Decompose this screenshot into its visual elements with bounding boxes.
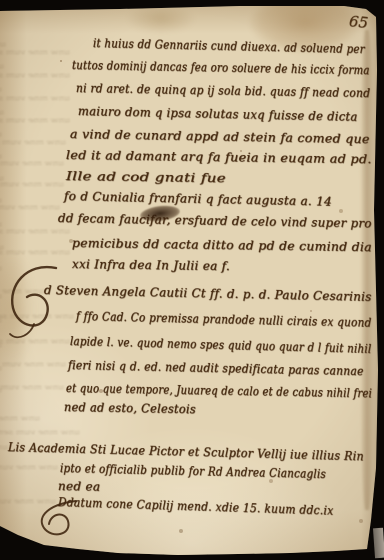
manuscript-line: f ffo Cad. Co premissa prandode nulli ci…	[76, 309, 372, 330]
manuscript-line: et quo que tempore, Juuareq de calo et d…	[66, 381, 372, 400]
bleedthrough-mark: unw mne vum senw uner mwi snue mnv uwe n…	[0, 131, 2, 139]
bleedthrough-mark: unw mne vum senw uner mwi snue mnv uwe n…	[0, 181, 64, 189]
manuscript-line: d Steven Angela Cautii Ct ff. d. p. d. P…	[44, 283, 372, 304]
bleedthrough-mark: unw mne vum senw uner mwi snue mnv uwe n…	[0, 342, 2, 350]
manuscript-line: tuttos dominij dancas fea oro soluere de…	[72, 58, 370, 77]
bleedthrough-mark: unw mne vum senw uner mwi snue mnv uwe n…	[0, 175, 4, 183]
bleedthrough-mark: unw mne vum senw uner mwi snue mnv uwe n…	[0, 361, 66, 369]
bleedthrough-mark: unw mne vum senw uner mwi snue mnv uwe n…	[0, 244, 4, 252]
bleedthrough-mark: unw mne vum senw uner mwi snue mnv uwe n…	[0, 313, 74, 321]
bleedthrough-mark: unw mne vum senw uner mwi snue mnv uwe n…	[0, 317, 2, 325]
manuscript-line: Ille ad cod gnati fue	[66, 169, 226, 185]
bleedthrough-mark: unw mne vum senw uner mwi snue mnv uwe n…	[0, 228, 70, 236]
bleedthrough-mark: unw mne vum senw uner mwi snue mnv uwe n…	[0, 86, 2, 94]
manuscript-page: unw mne vum senw uner mwi snue mnv uwe n…	[0, 0, 384, 560]
manuscript-line: dd fecam faucifar, ersfuard de celo vind…	[58, 211, 372, 230]
manuscript-line: ned ea	[58, 479, 101, 494]
manuscript-line: led it ad damant arq fa fueia in euqam a…	[66, 148, 372, 166]
bleedthrough-mark: unw mne vum senw uner mwi snue mnv uwe n…	[0, 63, 4, 71]
manuscript-line: ned ad esto, Celestois	[64, 400, 196, 416]
bleedthrough-mark: unw mne vum senw uner mwi snue mnv uwe n…	[0, 498, 56, 506]
manuscript-line: Lis Academia Sti Lucae Pictor et Sculpto…	[8, 440, 364, 463]
ink-flourish-initial	[2, 262, 64, 344]
bleedthrough-mark: unw mne vum senw uner mwi snue mnv uwe n…	[0, 153, 2, 161]
bleedthrough-mark: unw mne vum senw uner mwi snue mnv uwe n…	[0, 384, 64, 392]
bleedthrough-mark: unw mne vum senw uner mwi snue mnv uwe n…	[0, 197, 2, 205]
manuscript-line: lapide l. ve. quod nemo spes quid quo qu…	[70, 334, 372, 356]
bleedthrough-mark: unw mne vum senw uner mwi snue mnv uwe n…	[0, 221, 2, 229]
manuscript-line: xxi Infra dea In Julii ea f.	[72, 257, 230, 273]
manuscript-line: ni rd aret. de quinq ap ij sola bid. qua…	[76, 81, 371, 100]
manuscript-line: ipto et officialib publib for Rd Andrea …	[60, 461, 326, 481]
manuscript-line: maiuro dom q ipsa solutas uxq fuisse de …	[78, 104, 358, 124]
adjacent-page-edge	[373, 528, 384, 559]
bleedthrough-mark: unw mne vum senw uner mwi snue mnv uwe n…	[0, 204, 60, 212]
bleedthrough-mark: unw mne vum senw uner mwi snue mnv uwe n…	[0, 365, 2, 373]
bleedthrough-mark: unw mne vum senw uner mwi snue mnv uwe n…	[0, 464, 58, 472]
bleedthrough-mark: unw mne vum senw uner mwi snue mnv uwe n…	[0, 387, 2, 395]
bleedthrough-mark: unw mne vum senw uner mwi snue mnv uwe n…	[0, 49, 70, 57]
bleedthrough-mark: unw mne vum senw uner mwi snue mnv uwe n…	[0, 117, 70, 125]
manuscript-line: a vind de cunard appd ad stein fa comed …	[70, 127, 370, 146]
bleedthrough-mark: unw mne vum senw uner mwi snue mnv uwe n…	[0, 444, 8, 452]
foxing-spots	[60, 60, 62, 62]
scan-background: unw mne vum senw uner mwi snue mnv uwe n…	[0, 0, 384, 560]
bleedthrough-mark: unw mne vum senw uner mwi snue mnv uwe n…	[0, 429, 80, 437]
bleedthrough-mark: unw mne vum senw uner mwi snue mnv uwe n…	[0, 249, 70, 257]
manuscript-line: pemicibus dd cacta ditto ad pd de cumind…	[72, 236, 372, 254]
bleedthrough-mark: unw mne vum senw uner mwi snue mnv uwe n…	[0, 160, 64, 168]
folio-number: 65	[348, 12, 369, 32]
manuscript-line: fieri nisi q d. ed. ned audit spedificat…	[68, 358, 364, 378]
manuscript-line: Ddatum cone Capilij mend. xdie 15. kuum …	[58, 495, 334, 518]
bleedthrough-mark: unw mne vum senw uner mwi snue mnv uwe n…	[0, 41, 6, 49]
bleedthrough-mark: unw mne vum senw uner mwi snue mnv uwe n…	[0, 139, 66, 147]
bleedthrough-mark: unw mne vum senw uner mwi snue mnv uwe n…	[0, 109, 4, 117]
stain	[360, 30, 374, 510]
manuscript-line: fo d Cunialia franfarii q fact augusta a…	[64, 189, 332, 209]
manuscript-line: it huius dd Gennariis cund diuexa. ad so…	[93, 36, 365, 56]
bleedthrough-mark: unw mne vum senw uner mwi snue mnv uwe n…	[0, 293, 2, 301]
bleedthrough-mark: unw mne vum senw uner mwi snue mnv uwe n…	[0, 265, 2, 273]
stain	[0, 250, 36, 370]
bleedthrough-mark: unw mne vum senw uner mwi snue mnv uwe n…	[0, 415, 40, 423]
stain	[126, 4, 196, 34]
bleedthrough-mark: unw mne vum senw uner mwi snue mnv uwe n…	[0, 338, 70, 346]
bleedthrough-mark: unw mne vum senw uner mwi snue mnv uwe n…	[0, 288, 44, 296]
bleedthrough-mark: unw mne vum senw uner mwi snue mnv uwe n…	[0, 95, 70, 103]
bleedthrough-mark: unw mne vum senw uner mwi snue mnv uwe n…	[0, 72, 70, 80]
